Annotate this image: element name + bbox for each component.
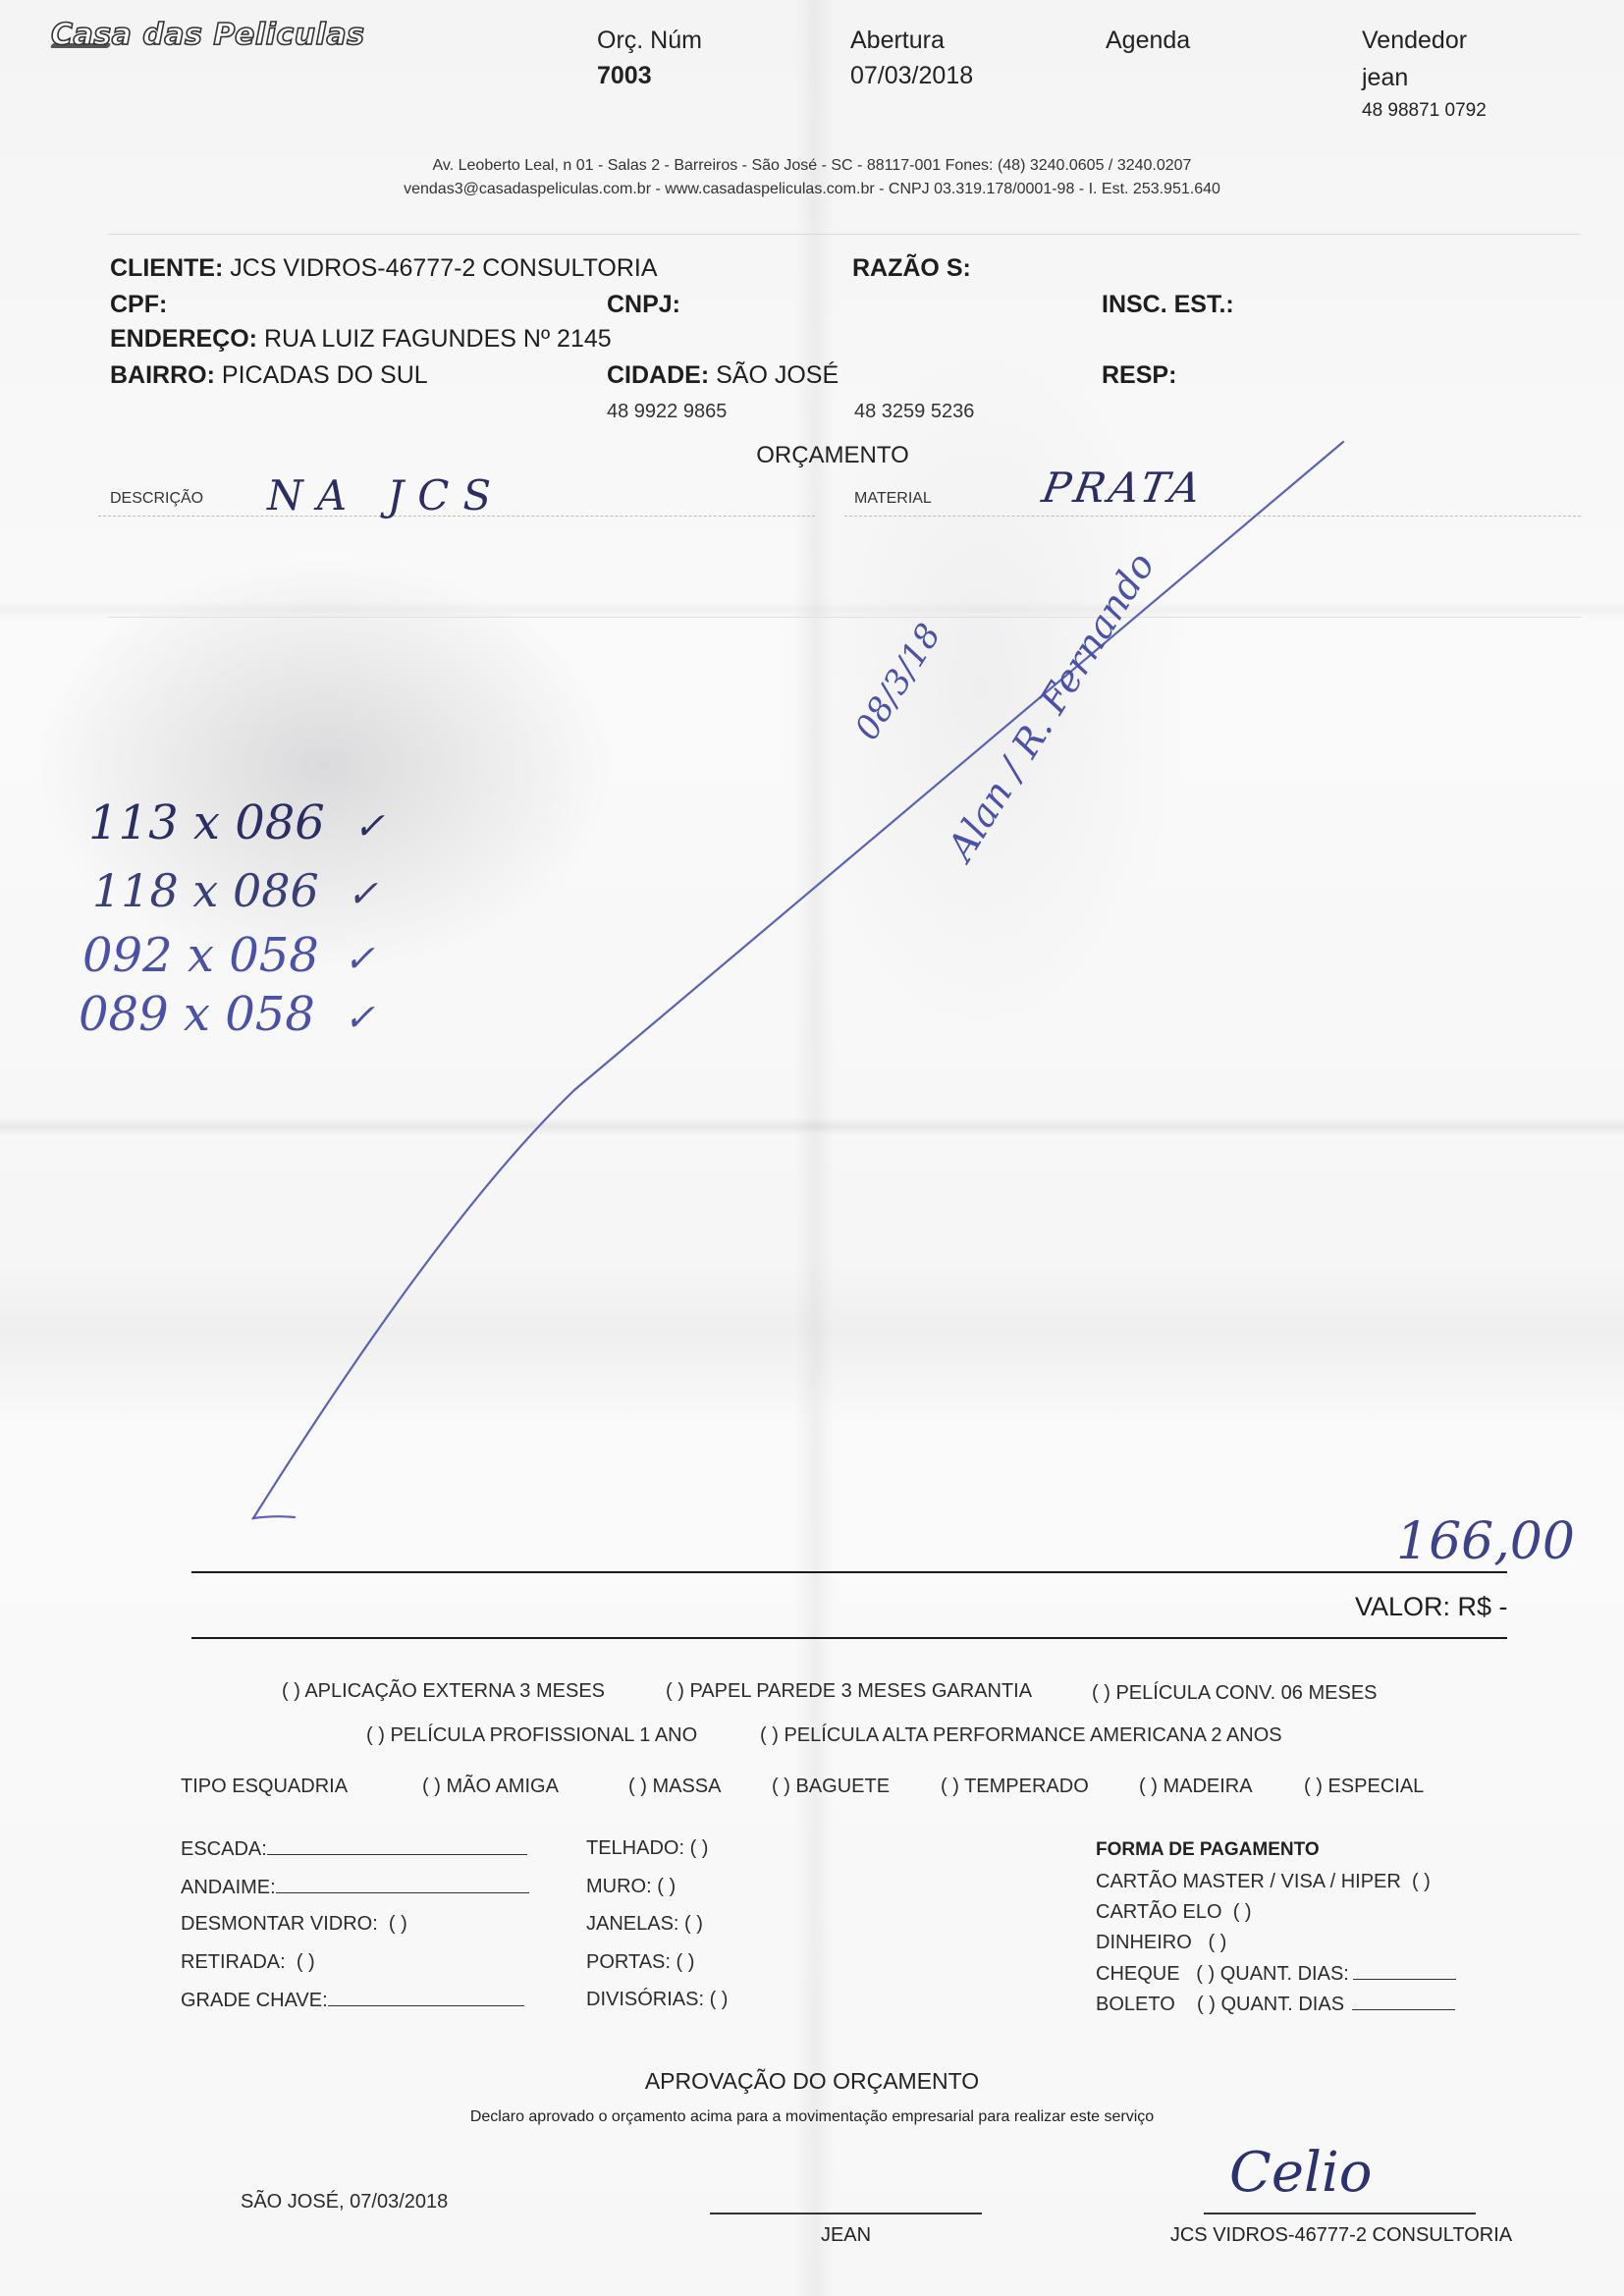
esquadria-label: TIPO ESQUADRIA: [181, 1776, 348, 1798]
checkbox[interactable]: ( ): [772, 1776, 790, 1797]
esquadria-temperado[interactable]: ( ) TEMPERADO: [941, 1776, 1089, 1798]
measurement-item: 092 x 058 ✓: [82, 928, 375, 983]
check-mark-icon: ✓: [344, 937, 375, 980]
seller-name: JEAN: [710, 2224, 982, 2247]
grade-chave-input[interactable]: [328, 1989, 524, 2006]
retirada-field[interactable]: RETIRADA: ( ): [181, 1951, 315, 1974]
client-name: JCS VIDROS-46777-2 CONSULTORIA: [1155, 2224, 1528, 2247]
payment-title: FORMA DE PAGAMENTO: [1096, 1839, 1320, 1861]
esquadria-mao-amiga[interactable]: ( ) MÃO AMIGA: [422, 1776, 559, 1798]
checkbox[interactable]: ( ): [1197, 1994, 1216, 2015]
checkbox[interactable]: ( ): [1196, 1963, 1215, 1985]
option-aplicacao-externa[interactable]: ( ) APLICAÇÃO EXTERNA 3 MESES: [282, 1680, 605, 1703]
checkbox[interactable]: ( ): [1208, 1932, 1226, 1953]
valor-label: VALOR: R$ -: [1355, 1592, 1508, 1622]
measurement-item: 113 x 086 ✓: [88, 795, 385, 850]
checkbox[interactable]: ( ): [1412, 1871, 1431, 1892]
checkbox[interactable]: ( ): [389, 1913, 407, 1935]
escada-input[interactable]: [267, 1837, 527, 1855]
checkbox[interactable]: ( ): [297, 1951, 315, 1973]
client-signature-line[interactable]: [1204, 2213, 1476, 2214]
esquadria-especial[interactable]: ( ) ESPECIAL: [1304, 1776, 1424, 1798]
option-pelicula-alta-performance[interactable]: ( ) PELÍCULA ALTA PERFORMANCE AMERICANA …: [760, 1724, 1282, 1747]
checkbox[interactable]: ( ): [422, 1776, 441, 1797]
checkbox[interactable]: ( ): [1233, 1901, 1252, 1923]
divisorias-field[interactable]: DIVISÓRIAS: ( ): [586, 1989, 728, 2011]
handwritten-valor-amount: 166,00: [1396, 1512, 1575, 1571]
checkbox[interactable]: ( ): [684, 1913, 703, 1935]
checkbox[interactable]: ( ): [1304, 1776, 1323, 1797]
check-mark-icon: ✓: [344, 996, 375, 1039]
grade-chave-field[interactable]: GRADE CHAVE:: [181, 1989, 524, 2012]
approval-title: APROVAÇÃO DO ORÇAMENTO: [0, 2068, 1624, 2095]
client-signature: Celio: [1229, 2141, 1373, 2205]
checkbox[interactable]: ( ): [282, 1680, 300, 1702]
checkbox[interactable]: ( ): [1139, 1776, 1158, 1797]
boleto-dias-input[interactable]: [1352, 1993, 1455, 2010]
esquadria-madeira[interactable]: ( ) MADEIRA: [1139, 1776, 1253, 1798]
valor-line-bottom: [191, 1637, 1507, 1639]
telhado-field[interactable]: TELHADO: ( ): [586, 1837, 708, 1860]
place-date: SÃO JOSÉ, 07/03/2018: [241, 2191, 448, 2214]
valor-line-top: [191, 1571, 1507, 1573]
muro-field[interactable]: MURO: ( ): [586, 1876, 676, 1898]
payment-elo[interactable]: CARTÃO ELO ( ): [1096, 1901, 1252, 1924]
cheque-dias-input[interactable]: [1353, 1962, 1456, 1980]
checkbox[interactable]: ( ): [628, 1776, 647, 1797]
approval-declaration: Declaro aprovado o orçamento acima para …: [0, 2108, 1624, 2126]
portas-field[interactable]: PORTAS: ( ): [586, 1951, 694, 1974]
payment-cheque[interactable]: CHEQUE ( ) QUANT. DIAS:: [1096, 1962, 1456, 1986]
checkbox[interactable]: ( ): [666, 1680, 684, 1702]
check-mark-icon: ✓: [353, 804, 385, 847]
andaime-field[interactable]: ANDAIME:: [181, 1876, 529, 1899]
check-mark-icon: ✓: [347, 872, 378, 915]
checkbox[interactable]: ( ): [1092, 1682, 1110, 1704]
andaime-input[interactable]: [276, 1876, 529, 1893]
option-pelicula-profissional[interactable]: ( ) PELÍCULA PROFISSIONAL 1 ANO: [366, 1724, 697, 1747]
checkbox[interactable]: ( ): [710, 1989, 729, 2010]
esquadria-baguete[interactable]: ( ) BAGUETE: [772, 1776, 890, 1798]
checkbox[interactable]: ( ): [760, 1724, 779, 1746]
checkbox[interactable]: ( ): [941, 1776, 959, 1797]
checkbox[interactable]: ( ): [657, 1876, 676, 1897]
option-pelicula-conv[interactable]: ( ) PELÍCULA CONV. 06 MESES: [1092, 1682, 1378, 1705]
checkbox[interactable]: ( ): [690, 1837, 709, 1859]
option-papel-parede[interactable]: ( ) PAPEL PAREDE 3 MESES GARANTIA: [666, 1680, 1032, 1703]
esquadria-massa[interactable]: ( ) MASSA: [628, 1776, 721, 1798]
checkbox[interactable]: ( ): [677, 1951, 695, 1973]
payment-dinheiro[interactable]: DINHEIRO ( ): [1096, 1932, 1226, 1954]
payment-master-visa[interactable]: CARTÃO MASTER / VISA / HIPER ( ): [1096, 1871, 1431, 1893]
payment-boleto[interactable]: BOLETO ( ) QUANT. DIAS: [1096, 1993, 1455, 2016]
measurement-item: 089 x 058 ✓: [79, 987, 375, 1042]
desmontar-vidro-field[interactable]: DESMONTAR VIDRO: ( ): [181, 1913, 407, 1936]
checkbox[interactable]: ( ): [366, 1724, 385, 1746]
escada-field[interactable]: ESCADA:: [181, 1837, 527, 1861]
janelas-field[interactable]: JANELAS: ( ): [586, 1913, 703, 1936]
measurement-item: 118 x 086 ✓: [92, 864, 378, 917]
seller-signature-line[interactable]: [710, 2213, 982, 2214]
